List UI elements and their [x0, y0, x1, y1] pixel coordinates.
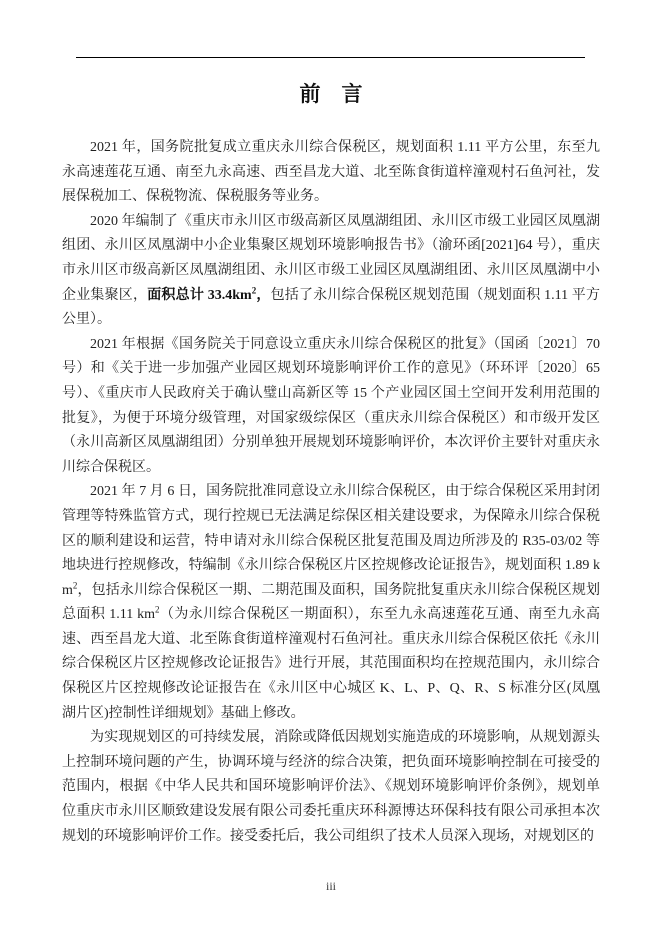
- text-run: 面积总计 33.4km: [147, 288, 251, 303]
- text-run: 2021 年根据《国务院关于同意设立重庆永川综合保税区的批复》（国函〔2021〕…: [62, 337, 600, 475]
- document-page: 前 言 2021 年，国务院批复成立重庆永川综合保税区，规划面积 1.11 平方…: [0, 0, 662, 849]
- paragraph: 2021 年 7 月 6 日，国务院批准同意设立永川综合保税区，由于综合保税区采…: [62, 480, 600, 726]
- text-run: 为实现规划区的可持续发展，消除或降低因规划实施造成的环境影响，从规划源头上控制环…: [62, 730, 600, 843]
- page-number: iii: [0, 879, 662, 894]
- text-run: （为永川综合保税区一期面积），东至九永高速莲花互通、南至九永高速、西至昌龙大道、…: [62, 607, 600, 720]
- text-run: 2021 年 7 月 6 日，国务院批准同意设立永川综合保税区，由于综合保税区采…: [62, 484, 600, 597]
- text-run: 2021 年，国务院批复成立重庆永川综合保税区，规划面积 1.11 平方公里，东…: [62, 140, 600, 204]
- paragraph: 2020 年编制了《重庆市永川区市级高新区凤凰湖组团、永川区市级工业园区凤凰湖组…: [62, 210, 600, 333]
- text-run: ，: [256, 288, 270, 303]
- document-body: 2021 年，国务院批复成立重庆永川综合保税区，规划面积 1.11 平方公里，东…: [62, 136, 600, 849]
- header-divider: [76, 57, 585, 58]
- page-title: 前 言: [62, 82, 600, 106]
- paragraph: 2021 年根据《国务院关于同意设立重庆永川综合保税区的批复》（国函〔2021〕…: [62, 333, 600, 481]
- paragraph: 为实现规划区的可持续发展，消除或降低因规划实施造成的环境影响，从规划源头上控制环…: [62, 726, 600, 849]
- paragraph: 2021 年，国务院批复成立重庆永川综合保税区，规划面积 1.11 平方公里，东…: [62, 136, 600, 210]
